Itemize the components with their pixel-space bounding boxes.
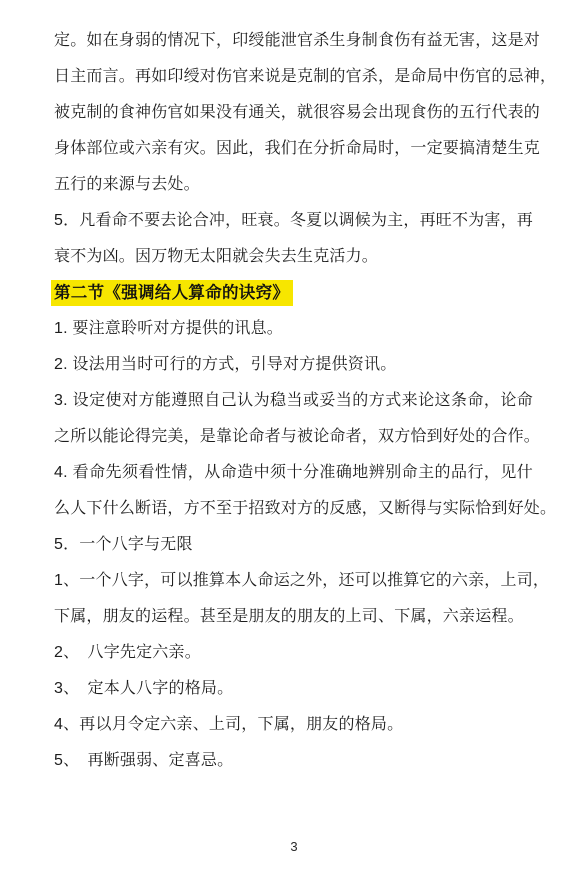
- text-line: 身体部位或六亲有灾。因此，我们在分折命局时，一定要搞清楚生克: [54, 131, 533, 167]
- list-item: 1、一个八字，可以推算本人命运之外，还可以推算它的六亲，上司，: [54, 563, 533, 599]
- section-heading-highlight: 第二节《强调给人算命的诀窍》: [51, 280, 293, 306]
- list-item: 2. 设法用当时可行的方式，引导对方提供资讯。: [54, 347, 533, 383]
- text-line: 五行的来源与去处。: [54, 167, 533, 203]
- page-number: 3: [0, 839, 588, 854]
- document-page: 定。如在身弱的情况下，印绶能泄官杀生身制食伤有益无害，这是对 日主而言。再如印绶…: [0, 0, 588, 883]
- text-line: 定。如在身弱的情况下，印绶能泄官杀生身制食伤有益无害，这是对: [54, 23, 533, 59]
- list-item: 4. 看命先须看性情，从命造中须十分准确地辨别命主的品行，见什: [54, 455, 533, 491]
- list-item: 2、 八字先定六亲。: [54, 635, 533, 671]
- section-heading: 第二节《强调给人算命的诀窍》: [54, 275, 533, 311]
- list-item: 4、再以月令定六亲、上司，下属，朋友的格局。: [54, 707, 533, 743]
- list-item: 3、 定本人八字的格局。: [54, 671, 533, 707]
- text-line: 日主而言。再如印绶对伤官来说是克制的官杀，是命局中伤官的忌神，: [54, 59, 533, 95]
- list-item: 5．凡看命不要去论合冲，旺衰。冬夏以调候为主，再旺不为害，再: [54, 203, 533, 239]
- text-line: 之所以能论得完美，是靠论命者与被论命者，双方恰到好处的合作。: [54, 419, 533, 455]
- text-line: 下属，朋友的运程。甚至是朋友的朋友的上司、下属，六亲运程。: [54, 599, 533, 635]
- text-block: 定。如在身弱的情况下，印绶能泄官杀生身制食伤有益无害，这是对 日主而言。再如印绶…: [54, 23, 533, 779]
- list-item: 5、 再断强弱、定喜忌。: [54, 743, 533, 779]
- text-line: 衰不为凶。因万物无太阳就会失去生克活力。: [54, 239, 533, 275]
- list-item: 1. 要注意聆听对方提供的讯息。: [54, 311, 533, 347]
- text-line: 么人下什么断语，方不至于招致对方的反感，又断得与实际恰到好处。: [54, 491, 533, 527]
- list-item: 3. 设定使对方能遵照自己认为稳当或妥当的方式来论这条命，论命: [54, 383, 533, 419]
- list-item: 5．一个八字与无限: [54, 527, 533, 563]
- text-line: 被克制的食神伤官如果没有通关，就很容易会出现食伤的五行代表的: [54, 95, 533, 131]
